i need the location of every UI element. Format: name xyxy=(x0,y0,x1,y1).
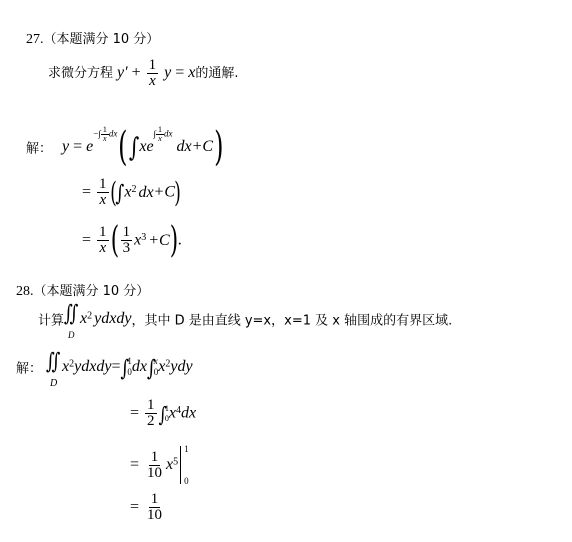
double-integral-sign: ∬ xyxy=(46,349,60,375)
exp-neg-int: −∫ xyxy=(93,129,101,139)
double-integral: ∬D xyxy=(64,304,80,334)
problem-number: 28. xyxy=(16,284,34,299)
denominator: x xyxy=(156,135,164,143)
solution-27-step-2: = 1x(∫x2dx+C) xyxy=(82,176,180,209)
denominator: 2 xyxy=(145,414,157,429)
exp-fraction: 1x xyxy=(101,126,109,143)
math-plus-c: +C xyxy=(192,138,213,155)
math-plus: + xyxy=(132,64,141,81)
problem-28-heading: 28.（本题满分 10 分） xyxy=(16,280,149,300)
right-paren: ) xyxy=(169,220,177,261)
solution-28-step-3: = 110x510 xyxy=(130,446,181,484)
fraction: 110 xyxy=(145,450,164,481)
exponent: 2 xyxy=(87,311,92,322)
numerator: 1 xyxy=(149,450,161,466)
prompt-suffix: ，其中 D 是由直线 y=x，x=1 及 x 轴围成的有界区域. xyxy=(131,314,452,329)
math-equals: = xyxy=(130,405,139,422)
solution-28-step-1: 解：∬Dx2ydxdy=∫10dx∫x0x2ydy xyxy=(16,352,193,382)
exponent: 5 xyxy=(173,457,178,468)
denominator: x xyxy=(147,74,158,89)
numerator: 1 xyxy=(147,58,159,74)
problem-27-heading: 27.（本题满分 10 分） xyxy=(26,28,159,48)
denominator: 10 xyxy=(145,466,164,481)
math-y-prime: y′ xyxy=(117,64,128,81)
math-equals: = xyxy=(111,358,120,375)
fraction: 1x xyxy=(147,58,159,89)
exp-dx: dx xyxy=(109,129,118,139)
math-dx: dx xyxy=(177,138,192,155)
math-dx: dx xyxy=(138,184,153,201)
math-equals: = xyxy=(130,499,139,516)
region-label: D xyxy=(50,378,57,389)
evaluation-bar: 10 xyxy=(180,446,181,484)
exponent: 2 xyxy=(131,184,136,195)
math-equals: = xyxy=(130,456,139,473)
denominator: 10 xyxy=(145,508,164,523)
left-paren: ( xyxy=(118,124,127,170)
right-paren: ) xyxy=(174,176,181,209)
exp-dx: dx xyxy=(164,129,173,139)
integral-sign: ∫ xyxy=(120,356,129,382)
fraction: 110 xyxy=(145,492,164,523)
solution-28-step-2: = 12∫10x4dx xyxy=(130,398,196,429)
inner-fraction: 13 xyxy=(121,225,133,256)
problem-28-prompt: 计算∬Dx2ydxdy，其中 D 是由直线 y=x，x=1 及 x 轴围成的有界… xyxy=(38,304,452,334)
solution-label: 解： xyxy=(26,142,52,157)
math-ydxdy: ydxdy xyxy=(94,310,131,327)
math-dx: dx xyxy=(181,405,196,422)
solution-label: 解： xyxy=(16,362,42,377)
prompt-prefix: 求微分方程 xyxy=(48,66,113,81)
integral-sign: ∫ xyxy=(115,181,124,207)
solution-27-step-3: = 1x(13x3+C). xyxy=(82,220,182,261)
prompt-suffix: 的通解. xyxy=(195,66,238,81)
integral-sign: ∫ xyxy=(147,356,156,382)
problem-number: 27. xyxy=(26,32,44,47)
solution-28-step-4: = 110 xyxy=(130,492,166,523)
numerator: 1 xyxy=(149,492,161,508)
problem-points: （本题满分 10 分） xyxy=(34,284,150,299)
math-ydxdy: ydxdy xyxy=(74,358,111,375)
double-integral: ∬D xyxy=(46,352,62,382)
region-label: D xyxy=(68,330,75,340)
math-equals: = xyxy=(175,64,184,81)
math-plus-c: +C xyxy=(148,232,169,249)
integral-sign: ∫ xyxy=(159,402,167,427)
left-paren: ( xyxy=(110,220,118,261)
math-dx: dx xyxy=(132,358,147,375)
exp-fraction: 1x xyxy=(156,126,164,143)
inner-exponent: ∫1xdx xyxy=(154,126,173,143)
prompt-prefix: 计算 xyxy=(38,314,64,329)
right-paren: ) xyxy=(214,124,223,170)
exponent: −∫1xdx xyxy=(93,126,117,143)
numerator: 1 xyxy=(97,225,109,241)
math-equals: = xyxy=(82,232,91,249)
math-y: y xyxy=(62,138,69,155)
math-equals: = xyxy=(82,184,91,201)
math-xe: xe xyxy=(139,138,153,155)
integral-sign: ∫ xyxy=(129,131,139,162)
numerator: 1 xyxy=(145,398,157,414)
problem-27-prompt: 求微分方程 y′ + 1x y = x的通解. xyxy=(48,58,239,89)
fraction: 12 xyxy=(145,398,157,429)
math-ydy: ydy xyxy=(170,358,192,375)
fraction: 1x xyxy=(97,177,109,208)
denominator: x xyxy=(97,193,108,208)
exponent: 3 xyxy=(141,232,146,243)
math-x: x xyxy=(169,405,176,422)
numerator: 1 xyxy=(97,177,109,193)
denominator: x xyxy=(97,241,108,256)
math-plus-c: +C xyxy=(154,184,175,201)
math-equals: = xyxy=(73,138,82,155)
numerator: 1 xyxy=(121,225,133,241)
math-y: y xyxy=(164,64,171,81)
problem-points: （本题满分 10 分） xyxy=(44,32,160,47)
fraction: 1x xyxy=(97,225,109,256)
lower-bound: 0 xyxy=(184,476,189,486)
denominator: 3 xyxy=(121,241,133,256)
period: . xyxy=(178,232,182,249)
math-e: e xyxy=(86,138,93,155)
solution-27-step-1: 解： y = e−∫1xdx(∫xe∫1xdx dx+C) xyxy=(26,124,225,170)
denominator: x xyxy=(101,135,109,143)
upper-bound: 1 xyxy=(184,444,189,454)
double-integral-sign: ∬ xyxy=(64,301,78,327)
